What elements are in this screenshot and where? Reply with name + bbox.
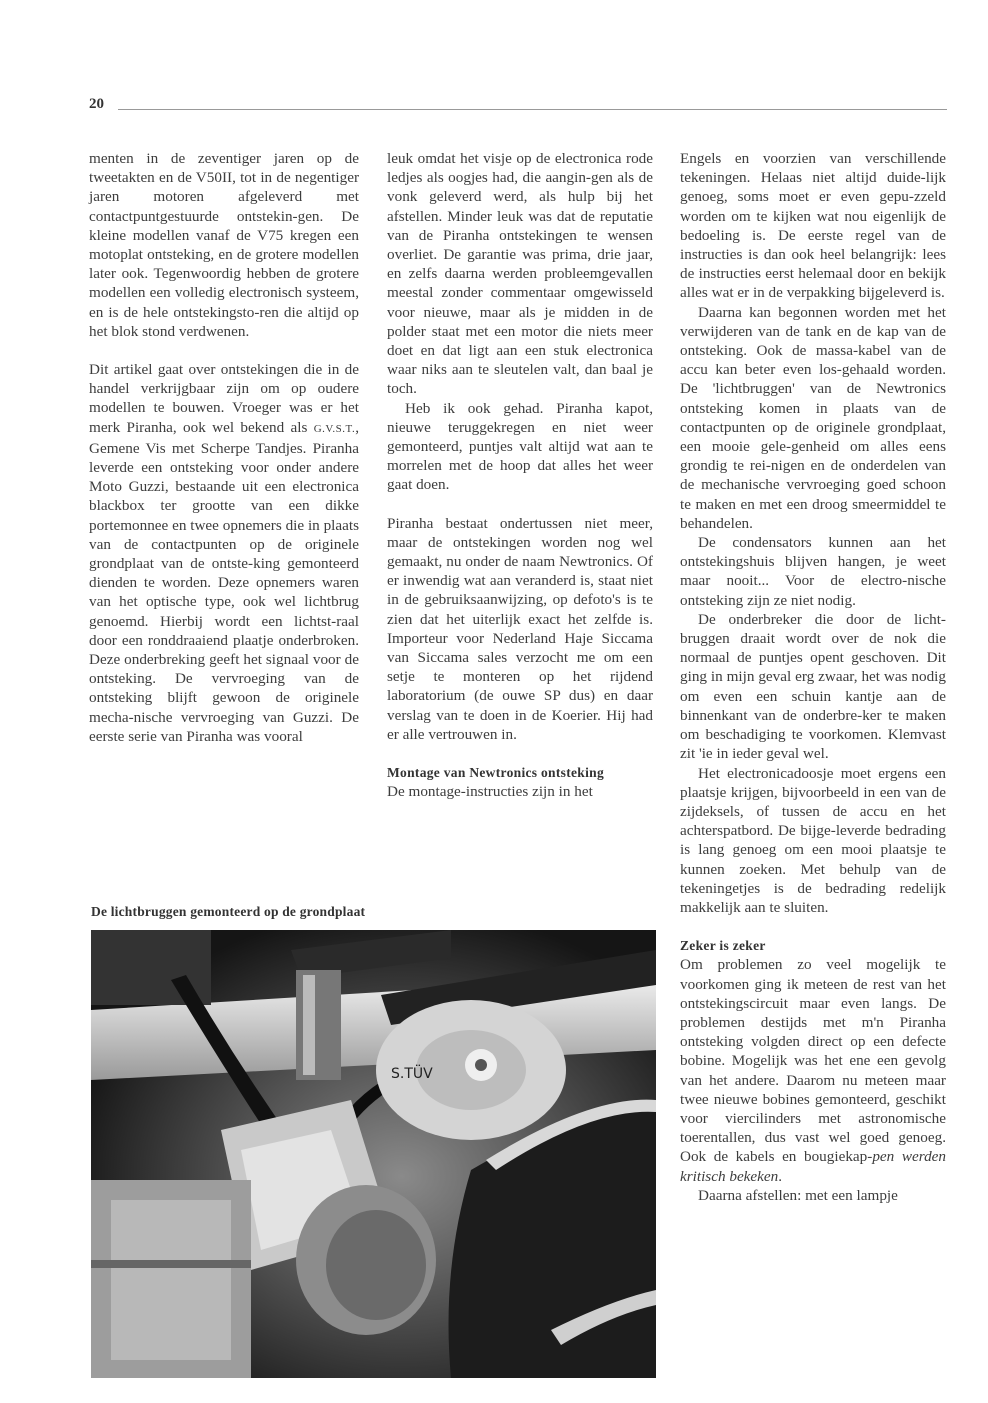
paragraph: Daarna afstellen: met een lampje	[680, 1186, 946, 1205]
paragraph: leuk omdat het visje op de electronica r…	[387, 149, 653, 399]
paragraph: Heb ik ook gehad. Piranha kapot, nieuwe …	[387, 399, 653, 495]
section-heading: Zeker is zeker	[680, 936, 946, 955]
text-run: .	[778, 1168, 782, 1185]
text-run: , Gemene Vis met Scherpe Tandjes. Piranh…	[89, 419, 359, 745]
paragraph: De condensators kunnen aan het ontstekin…	[680, 533, 946, 610]
column-2: leuk omdat het visje op de electronica r…	[387, 149, 653, 802]
column-1: menten in de zeventiger jaren op de twee…	[89, 149, 359, 746]
header-rule	[118, 109, 947, 110]
paragraph: menten in de zeventiger jaren op de twee…	[89, 149, 359, 341]
page-header: 20	[89, 96, 947, 116]
section-heading: Montage van Newtronics ontsteking	[387, 763, 653, 782]
paragraph: Dit artikel gaat over ontstekingen die i…	[89, 360, 359, 746]
paragraph: De onderbreker die door de licht-bruggen…	[680, 610, 946, 764]
text-run: Om problemen zo veel mogelijk te voorkom…	[680, 956, 946, 1165]
abbreviation: G.V.S.T.	[314, 423, 356, 435]
page-number: 20	[89, 96, 104, 113]
column-3: Engels en voorzien van verschillende tek…	[680, 149, 946, 1205]
paragraph: Engels en voorzien van verschillende tek…	[680, 149, 946, 303]
paragraph: Om problemen zo veel mogelijk te voorkom…	[680, 955, 946, 1185]
paragraph: Daarna kan begonnen worden met het verwi…	[680, 303, 946, 533]
photo-label: S.TÜV	[391, 1064, 433, 1082]
paragraph: De montage-instructies zijn in het	[387, 782, 653, 801]
paragraph: Piranha bestaat ondertussen niet meer, m…	[387, 514, 653, 744]
paragraph: Het electronicadoosje moet ergens een pl…	[680, 764, 946, 918]
photo-illustration: S.TÜV	[91, 930, 656, 1378]
figure-caption: De lichtbruggen gemonteerd op de grondpl…	[91, 904, 365, 920]
photo-engine-ignition: S.TÜV	[91, 930, 656, 1378]
